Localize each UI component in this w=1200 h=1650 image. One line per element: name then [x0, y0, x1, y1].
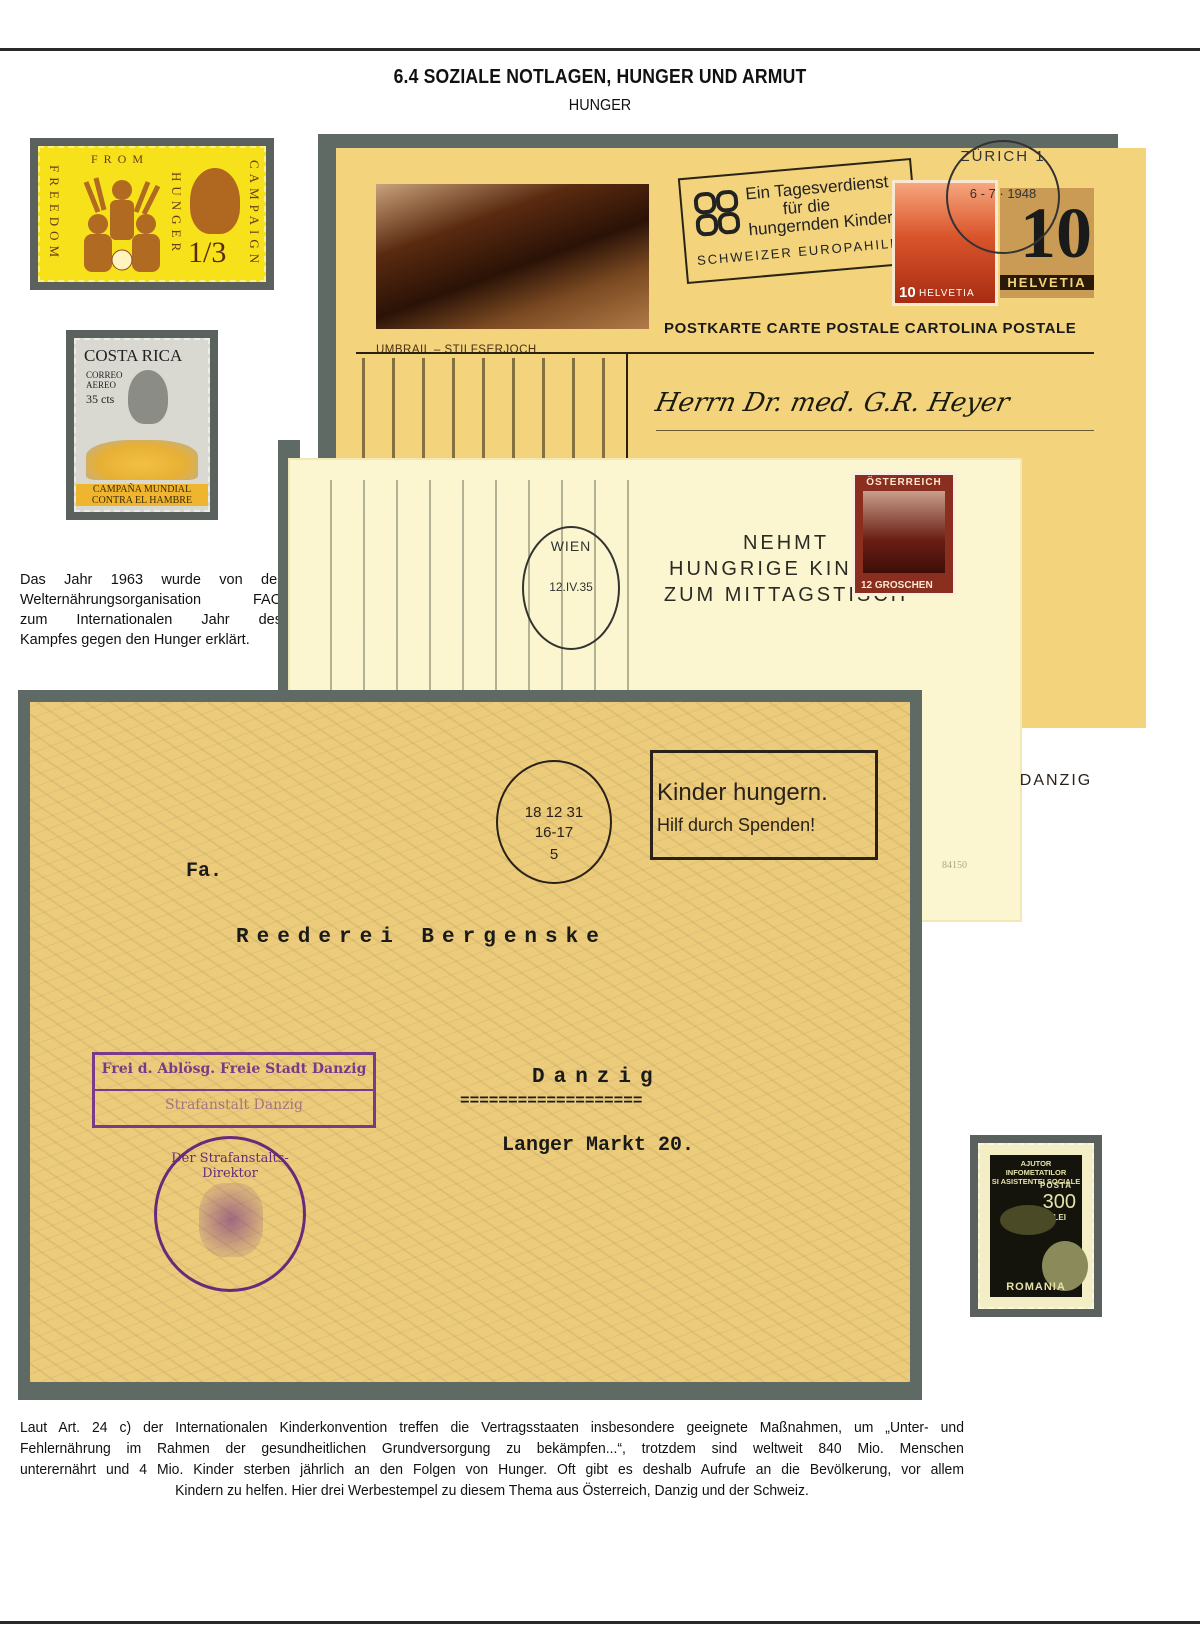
stamp-line1: CORREO: [86, 370, 123, 380]
official-box-stamp: Frei d. Ablösg. Freie Stadt Danzig Straf…: [92, 1052, 376, 1128]
grain-hands-icon: [86, 440, 198, 480]
stamp-right-text: CAMPAIGN: [244, 158, 262, 270]
stamp-country: ÖSTERREICH: [855, 477, 953, 488]
stamp-country: COSTA RICA: [84, 346, 182, 366]
austria-costume-stamp: ÖSTERREICH 12 GROSCHEN: [852, 472, 956, 596]
stamp-country: HELVETIA: [919, 288, 975, 299]
gb-freedom-from-hunger-stamp: FREEDOM FROM HUNGER 1/3 CAMPAIGN: [30, 138, 274, 290]
stamp-face: AJUTOR INFOMETATILOR SI ASISTENTEI SOCIA…: [978, 1143, 1094, 1309]
fao-line: zum Internationalen Jahr des: [20, 610, 282, 630]
stamp-value: 1/3: [188, 236, 226, 270]
page-title: 6.4 SOZIALE NOTLAGEN, HUNGER UND ARMUT: [72, 66, 1128, 89]
stamp-face: COSTA RICA CORREO AEREO 35 cts CAMPAÑA M…: [74, 338, 210, 512]
handwritten-message: [346, 358, 616, 458]
address-city: Danzig: [532, 1066, 662, 1089]
fao-line: Kampfes gegen den Hunger erklärt.: [20, 630, 282, 650]
box-stamp-line: Strafanstalt Danzig: [95, 1097, 373, 1113]
stamp-line2: AEREO: [86, 380, 116, 390]
fao-description: Das Jahr 1963 wurde von der Welternährun…: [20, 570, 282, 650]
stamp-value: 12 GROSCHEN: [861, 580, 933, 591]
bottom-rule: [0, 1621, 1200, 1624]
postcard-header: POSTKARTE CARTE POSTALE CARTOLINA POSTAL…: [664, 320, 1076, 337]
knot-logo-icon: [691, 187, 743, 239]
imprint-country: HELVETIA: [1000, 275, 1094, 290]
stamp-middle-text: HUNGER: [166, 158, 184, 270]
postmark-city: WIEN: [524, 538, 618, 554]
costa-rica-stamp: COSTA RICA CORREO AEREO 35 cts CAMPAÑA M…: [66, 330, 218, 520]
stamp-bottom-line1: CAMPAÑA MUNDIAL: [76, 484, 208, 495]
slogan-line: Kinder hungern.: [657, 779, 828, 807]
zurich-postmark: ZÜRICH 1 6 - 7 · 1948: [946, 140, 1060, 254]
footer-line: Laut Art. 24 c) der Internationalen Kind…: [20, 1417, 964, 1438]
divider: [95, 1089, 373, 1091]
address-line: [656, 430, 1094, 431]
children-wheat-icon: [76, 172, 168, 278]
postmark-number: 5: [498, 846, 610, 863]
company-name: Reederei Bergenske: [236, 926, 607, 949]
slogan-line: Hilf durch Spenden!: [657, 815, 815, 836]
stamp-top-text: FROM: [80, 152, 160, 167]
stamp-value: 35 cts: [86, 392, 114, 407]
stamp-top-line: AJUTOR INFOMETATILOR: [990, 1159, 1082, 1177]
addressee: Herrn Dr. med. G.R. Heyer: [653, 388, 1012, 418]
postmark-time: 16-17: [498, 824, 610, 841]
footer-line: Kindern zu helfen. Hier drei Werbestempe…: [53, 1480, 931, 1501]
queen-portrait-icon: [190, 168, 240, 234]
footer-line: Fehlernährung im Rahmen der gesundheitli…: [20, 1438, 964, 1459]
stamp-face: FREEDOM FROM HUNGER 1/3 CAMPAIGN: [38, 146, 266, 282]
wien-postmark: WIEN 12.IV.35: [522, 526, 620, 650]
seal-text: Der Strafanstalts-Direktor: [157, 1151, 303, 1181]
postmark-date: 6 - 7 · 1948: [948, 186, 1058, 201]
man-with-hat-icon: [863, 491, 945, 573]
stamp-bottom-text: CAMPAÑA MUNDIAL CONTRA EL HAMBRE: [76, 484, 208, 506]
top-rule: [0, 48, 1200, 51]
postmark-date: 12.IV.35: [524, 580, 618, 594]
danzig-envelope: DANZIG 18 12 31 16-17 5 Kinder hungern. …: [30, 702, 910, 1382]
fao-line: Das Jahr 1963 wurde von der: [20, 570, 282, 590]
stamp-bottom-line2: CONTRA EL HAMBRE: [76, 495, 208, 506]
postmark-date: 18 12 31: [498, 804, 610, 821]
box-stamp-line: Frei d. Ablösg. Freie Stadt Danzig: [95, 1061, 373, 1077]
address-street: Langer Markt 20.: [502, 1134, 694, 1157]
footer-description: Laut Art. 24 c) der Internationalen Kind…: [20, 1417, 964, 1501]
stamp-value: 10: [899, 284, 916, 301]
eagle-emblem-icon: [199, 1183, 263, 1257]
address-underline: ===================: [460, 1092, 642, 1110]
reference-number: 84150: [942, 860, 967, 871]
stamp-country: ROMANIA: [990, 1281, 1082, 1293]
stamp-left-text: FREEDOM: [44, 158, 62, 270]
slogan-cancel: Kinder hungern. Hilf durch Spenden!: [650, 750, 878, 860]
stamp-image: AJUTOR INFOMETATILOR SI ASISTENTEI SOCIA…: [990, 1155, 1082, 1297]
girl-portrait-icon: [128, 370, 168, 424]
postmark-city: DANZIG: [1000, 772, 1112, 790]
photo-caption: UMBRAIL – STILFSERJOCH: [376, 344, 537, 356]
romania-stamp: AJUTOR INFOMETATILOR SI ASISTENTEI SOCIA…: [970, 1135, 1102, 1317]
slogan-cancel: Ein Tagesverdienst für die hungernden Ki…: [678, 158, 920, 284]
footer-line: unterernährt und 4 Mio. Kinder sterben j…: [20, 1459, 964, 1480]
bread-icon: [1000, 1205, 1056, 1235]
mountain-photo: [376, 184, 649, 329]
danzig-postmark: DANZIG 18 12 31 16-17 5: [496, 760, 612, 884]
stamp-posta: POSTA: [1040, 1181, 1072, 1190]
divider: [356, 352, 1094, 354]
official-seal: Der Strafanstalts-Direktor: [154, 1136, 306, 1292]
salutation: Fa.: [186, 860, 222, 883]
postmark-city: ZÜRICH 1: [948, 148, 1058, 165]
fao-line: Welternährungsorganisation FAO: [20, 590, 282, 610]
slogan-line: SCHWEIZER EUROPAHILFE: [696, 234, 911, 268]
page-subtitle: HUNGER: [60, 97, 1140, 115]
